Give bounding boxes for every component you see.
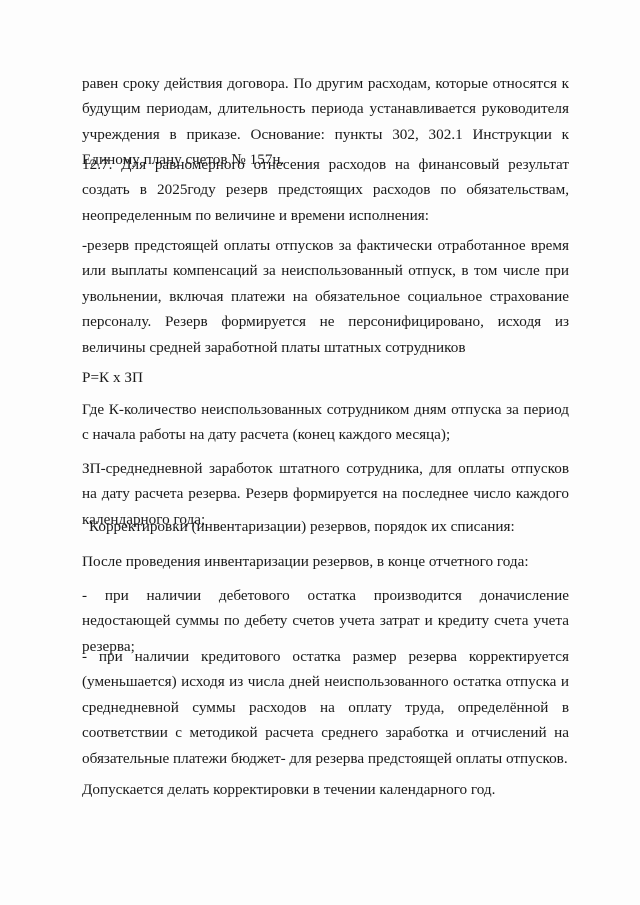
formula: Р=К х ЗП [82, 365, 569, 390]
paragraph-adjustments-allowed: Допускается делать корректировки в течен… [82, 777, 569, 802]
paragraph-after-inventory: После проведения инвентаризации резервов… [82, 549, 569, 574]
document-page: равен сроку действия договора. По другим… [0, 0, 640, 905]
paragraph-12-7-reserve: 12.7. Для равномерного отнесения расходо… [82, 152, 569, 228]
paragraph-k-definition: Где К-количество неиспользованных сотруд… [82, 397, 569, 448]
paragraph-vacation-reserve: -резерв предстоящей оплаты отпусков за ф… [82, 233, 569, 360]
paragraph-credit-balance: - при наличии кредитового остатка размер… [82, 644, 569, 771]
paragraph-adjustments-heading: Корректировки (инвентаризации) резервов,… [82, 514, 576, 539]
